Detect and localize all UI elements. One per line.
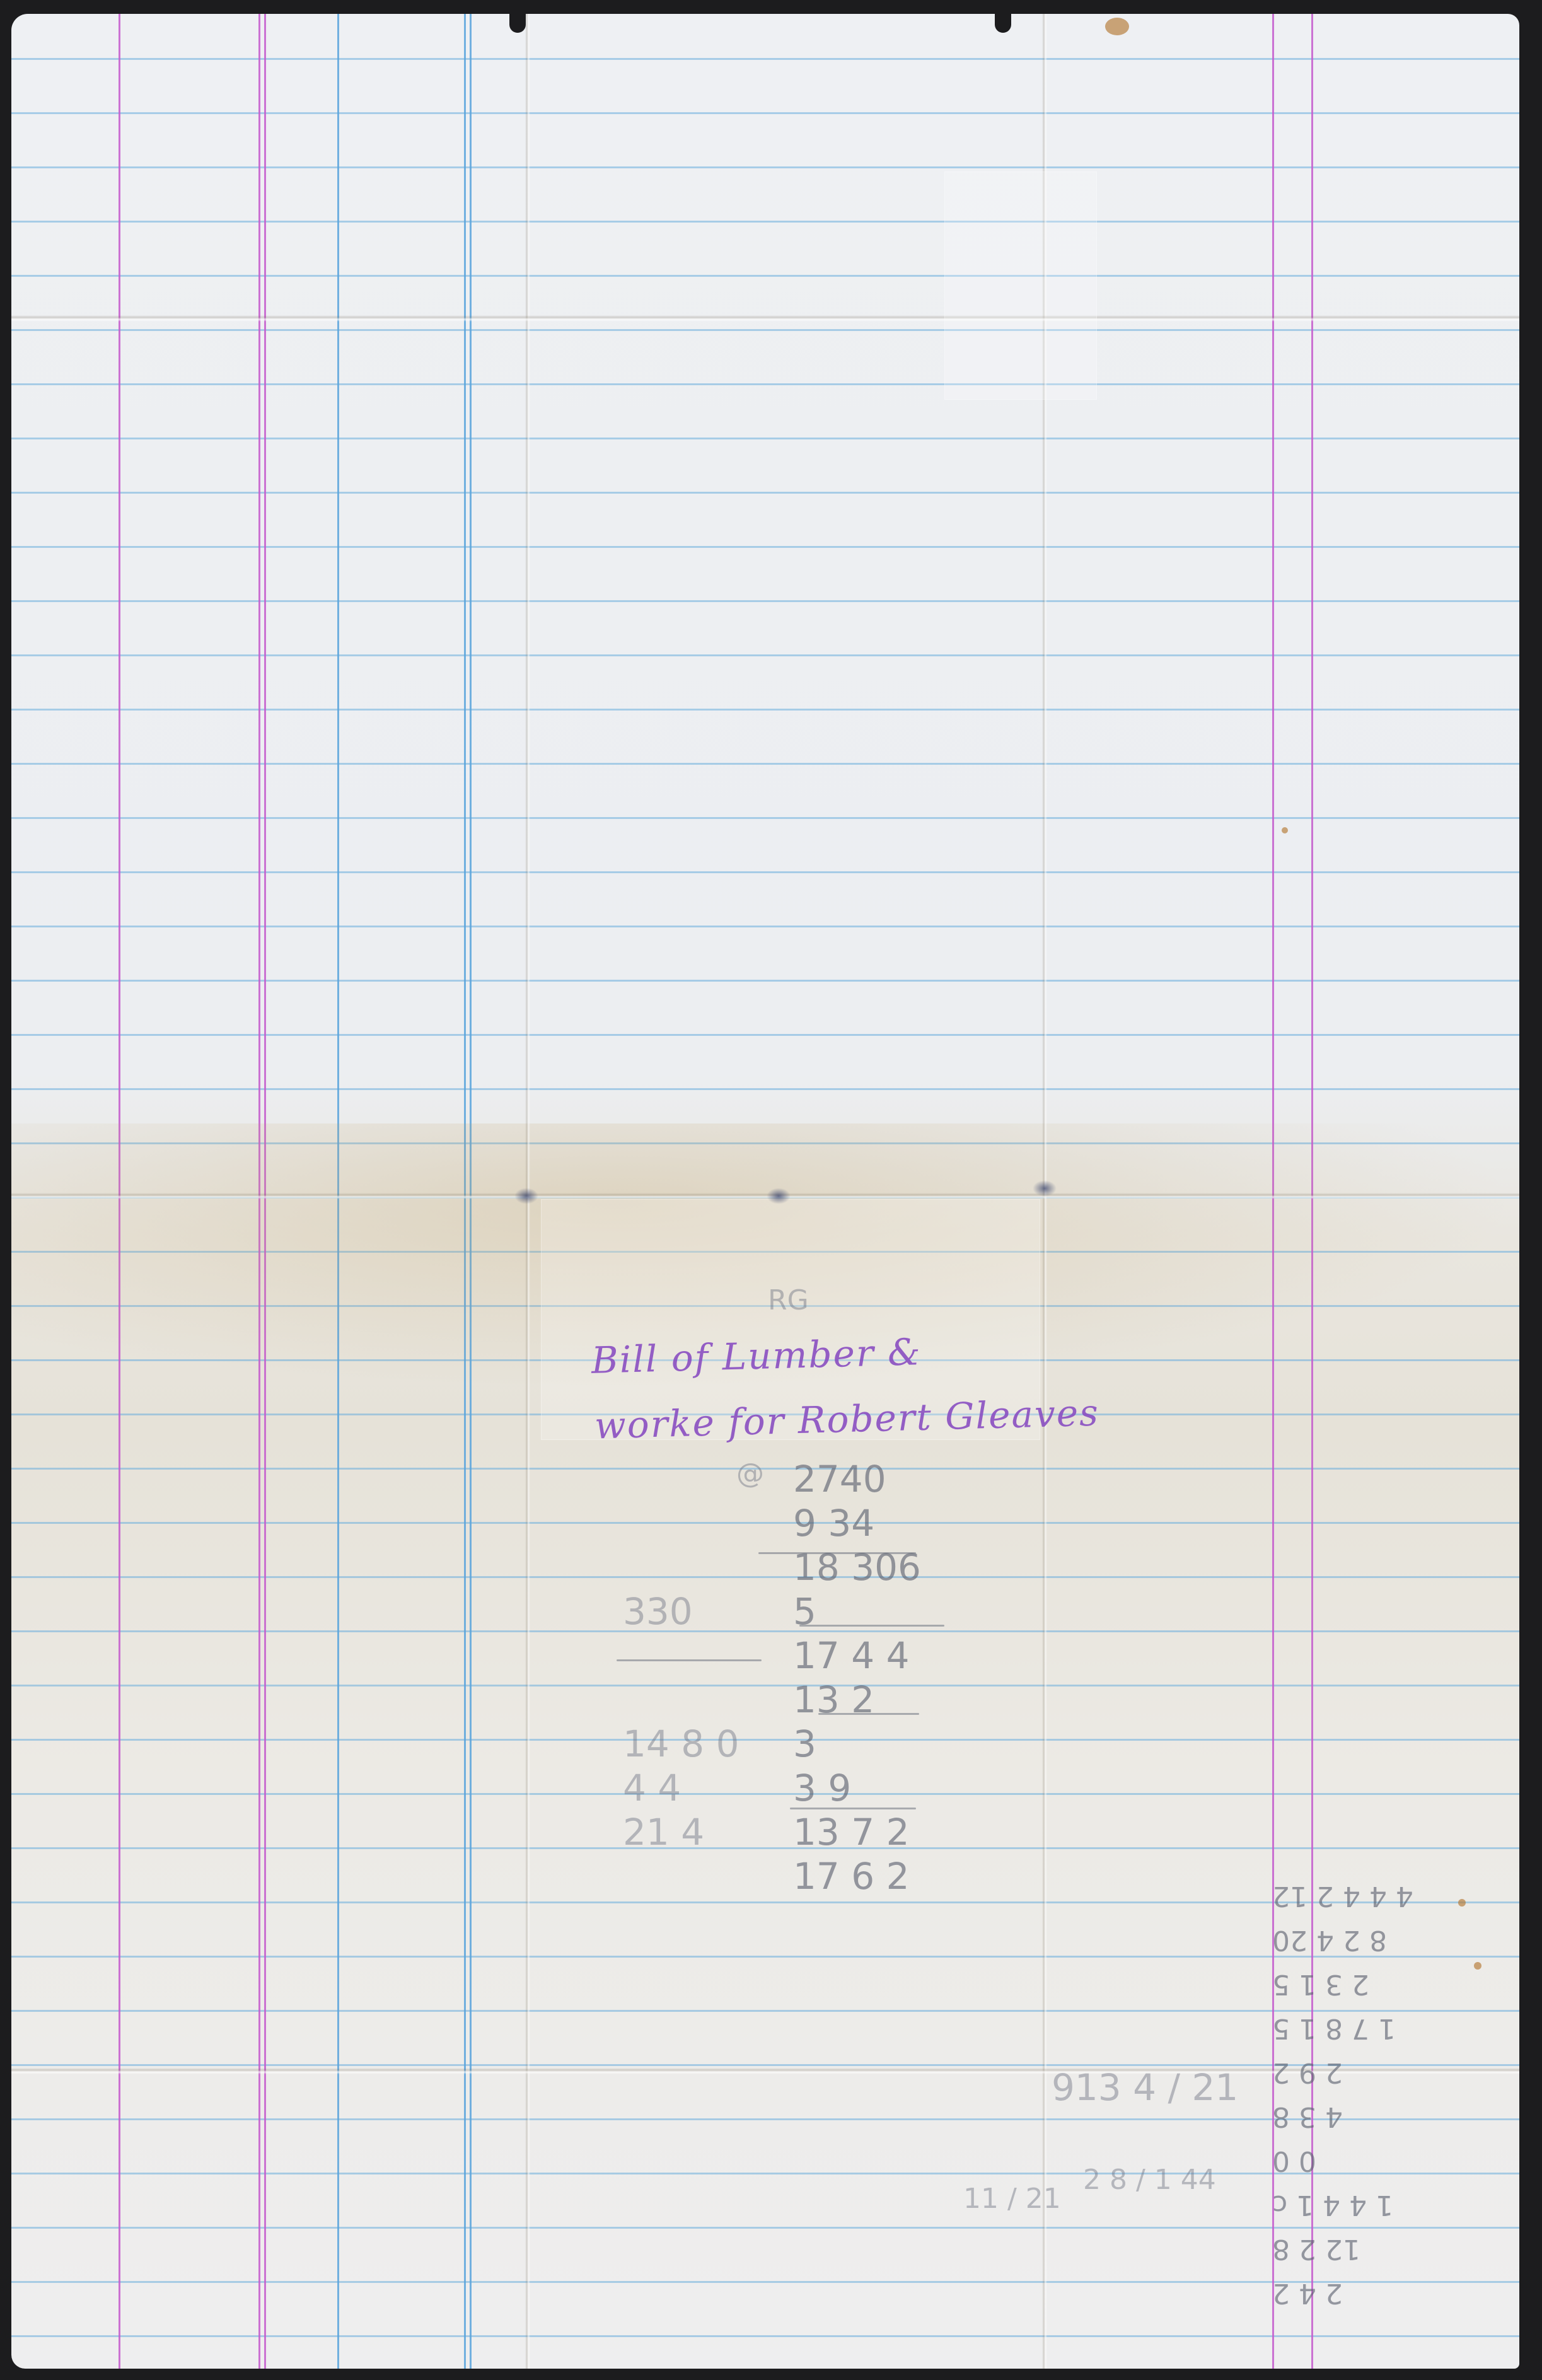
calc-figure: 13 7 2	[793, 1811, 909, 1854]
ruled-line	[11, 709, 1519, 711]
stain-spot	[1105, 18, 1129, 35]
ruled-line	[11, 1576, 1519, 1578]
calc-figure: 0 0	[1272, 2145, 1316, 2177]
ruled-line	[11, 600, 1519, 602]
sum-rule	[617, 1659, 762, 1661]
ruled-line	[11, 1034, 1519, 1036]
ruled-line	[11, 1088, 1519, 1090]
ruled-line	[11, 58, 1519, 60]
ruled-line	[11, 1847, 1519, 1849]
ruled-line	[11, 817, 1519, 819]
ruled-line	[11, 2335, 1519, 2337]
bottom-figure-left: 11 / 21	[963, 2183, 1061, 2215]
calc-figure: 2 3 1 5	[1272, 1968, 1369, 2000]
stain-spot	[1282, 827, 1288, 833]
calc-figure: 3	[793, 1722, 816, 1765]
ruled-line	[11, 926, 1519, 927]
calc-figure: 21 4	[623, 1811, 704, 1854]
calc-figure: 1 4 4 1 c	[1272, 2189, 1393, 2221]
ruled-line	[11, 166, 1519, 168]
ruled-line	[11, 871, 1519, 873]
ruled-line	[11, 763, 1519, 765]
calc-figure: 12 2 8	[1272, 2233, 1360, 2265]
ruled-line	[11, 1685, 1519, 1686]
ruled-line	[11, 221, 1519, 223]
calc-figure: 4 3 8	[1272, 2101, 1343, 2133]
calc-figure: 4 4 4 2 12	[1272, 1880, 1413, 1912]
ruled-line	[11, 1522, 1519, 1524]
calc-figure: 3 9	[793, 1767, 851, 1809]
stain-spot	[1474, 1962, 1481, 1970]
ruled-line	[11, 1739, 1519, 1741]
calc-figure: 17 4 4	[793, 1634, 909, 1677]
calc-figure: 2 4 2	[1272, 2277, 1343, 2309]
tape-repair	[944, 171, 1097, 400]
ruled-line	[11, 383, 1519, 385]
ruled-line	[11, 654, 1519, 656]
ruled-line	[11, 438, 1519, 439]
sum-rule	[799, 1625, 944, 1627]
initials-mark: RG	[768, 1284, 809, 1316]
sum-rule	[790, 1808, 916, 1809]
ruled-line	[11, 1468, 1519, 1470]
calc-figure: 8 2 4 20	[1272, 1924, 1387, 1956]
calc-figure: 9 34	[793, 1502, 874, 1545]
ruled-line	[11, 329, 1519, 331]
calc-figure: 330	[623, 1590, 693, 1633]
ledger-sheet: Bill of Lumber & worke for Robert Gleave…	[11, 14, 1519, 2369]
ruled-line	[11, 2010, 1519, 2012]
stain-spot	[1458, 1899, 1466, 1907]
fold-crease	[11, 1193, 1519, 1199]
calc-figure: 17 6 2	[793, 1855, 909, 1898]
fold-node	[514, 1188, 538, 1204]
calc-figure: 2 9 2	[1272, 2057, 1343, 2089]
bottom-figure-center: 2 8 / 1 44	[1083, 2164, 1216, 2196]
calc-figure: 2740	[793, 1458, 886, 1501]
fold-crease	[11, 315, 1519, 322]
top-notch	[509, 14, 526, 33]
top-notch	[995, 14, 1011, 33]
sum-rule	[758, 1552, 916, 1554]
margin-figure: 913 4 / 21	[1052, 2066, 1238, 2109]
calc-prefix: @	[736, 1458, 764, 1490]
fold-node	[767, 1188, 791, 1204]
ruled-line	[11, 492, 1519, 494]
ruled-line	[11, 2227, 1519, 2229]
ruled-line	[11, 980, 1519, 982]
ruled-line	[11, 1630, 1519, 1632]
calc-figure: 14 8 0	[623, 1722, 739, 1765]
ruled-line	[11, 546, 1519, 548]
ruled-line	[11, 1793, 1519, 1795]
calc-figure: 4 4	[623, 1767, 681, 1809]
sum-rule	[818, 1713, 919, 1715]
fold-node	[1033, 1180, 1057, 1197]
ruled-line	[11, 275, 1519, 277]
ruled-line	[11, 112, 1519, 114]
calc-figure: 1 7 8 1 5	[1272, 2012, 1396, 2045]
heading-line-1: Bill of Lumber &	[591, 1330, 922, 1382]
